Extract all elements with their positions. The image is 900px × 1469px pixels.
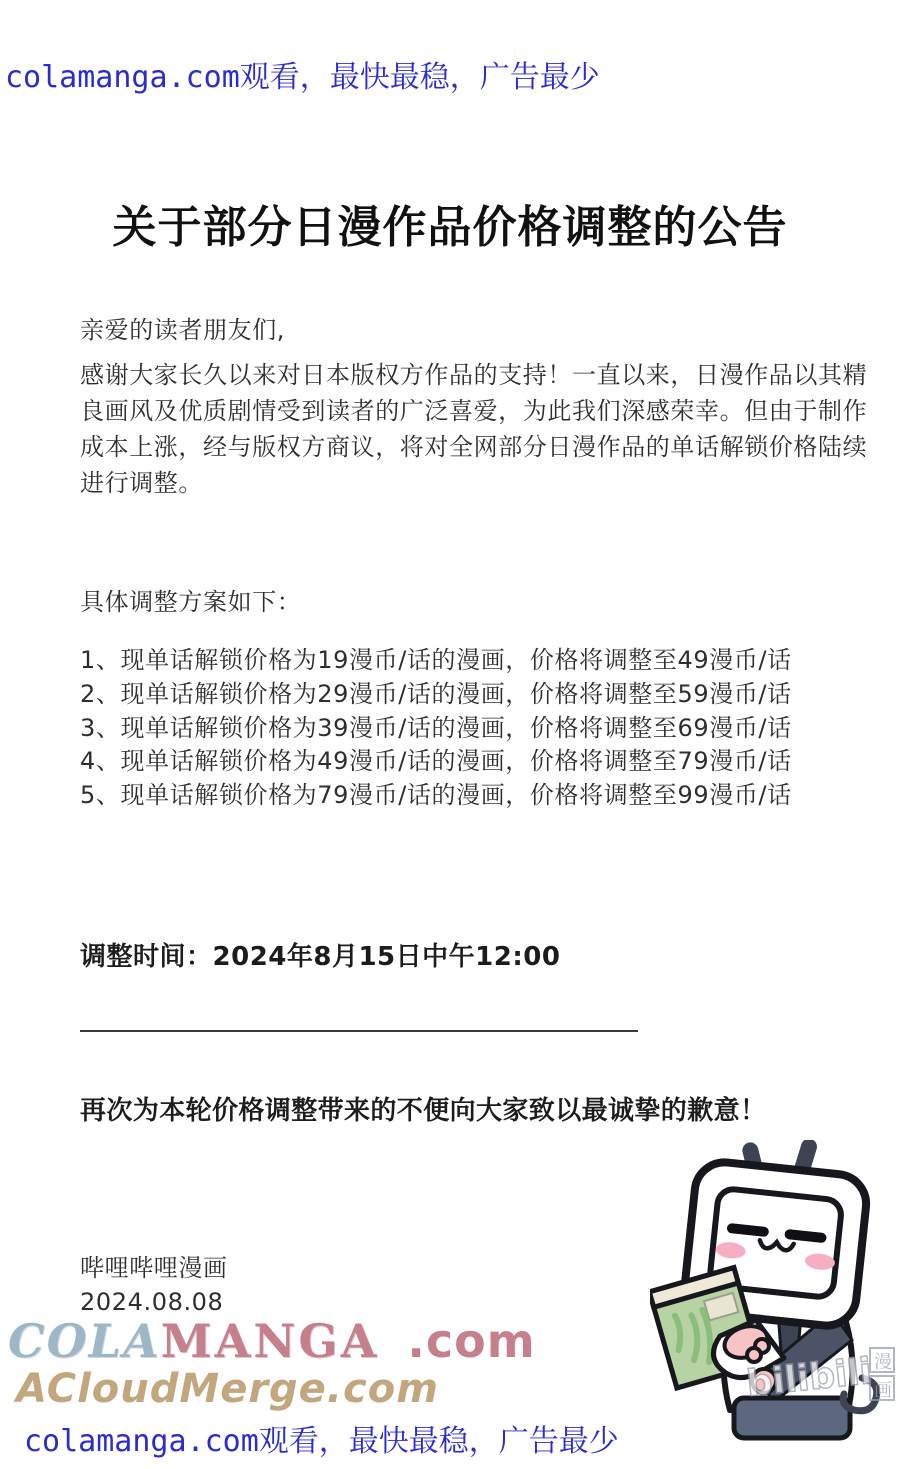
intro-line-4: 进行调整。 <box>80 465 867 501</box>
watermark-cjk-hua: 画 <box>874 1380 892 1401</box>
bottom-promo-text: colamanga.com观看，最快最稳，广告最少 <box>24 1416 619 1460</box>
schedule-line: 调整时间：2024年8月15日中午12:00 <box>80 936 560 973</box>
list-item: 3、现单话解锁价格为39漫币/话的漫画，价格将调整至69漫币/话 <box>80 712 792 746</box>
schedule-value: 2024年8月15日中午12:00 <box>213 942 561 972</box>
list-item: 5、现单话解锁价格为79漫币/话的漫画，价格将调整至99漫币/话 <box>80 779 792 813</box>
plan-heading: 具体调整方案如下： <box>80 582 301 617</box>
acloudmerge-watermark: ACloudMerge.com <box>16 1366 439 1412</box>
watermark-manga: MANGA <box>161 1314 380 1368</box>
list-item: 2、现单话解锁价格为29漫币/话的漫画，价格将调整至59漫币/话 <box>80 678 792 712</box>
watermark-dotcom: .com <box>407 1314 535 1368</box>
top-promo-text: colamanga.com观看，最快最稳，广告最少 <box>5 52 600 96</box>
signature-date: 2024.08.08 <box>80 1288 223 1316</box>
greeting-line: 亲爱的读者朋友们, <box>80 310 285 345</box>
watermark-cjk-man: 漫 <box>874 1352 892 1373</box>
schedule-label: 调整时间： <box>80 942 213 972</box>
intro-line-1: 感谢大家长久以来对日本版权方作品的支持！一直以来，日漫作品以其精 <box>80 357 867 393</box>
intro-paragraph: 感谢大家长久以来对日本版权方作品的支持！一直以来，日漫作品以其精 良画风及优质剧… <box>80 357 867 501</box>
horizontal-divider <box>80 1030 638 1032</box>
announcement-title: 关于部分日漫作品价格调整的公告 <box>0 191 900 255</box>
intro-line-2: 良画风及优质剧情受到读者的广泛喜爱，为此我们深感荣幸。但由于制作 <box>80 393 867 429</box>
list-item: 4、现单话解锁价格为49漫币/话的漫画，价格将调整至79漫币/话 <box>80 745 792 779</box>
signature-name: 哔哩哔哩漫画 <box>80 1248 228 1283</box>
watermark-cola: COLA <box>8 1314 161 1368</box>
bilibili-tv-mascot-illustration: bilibili 漫 画 <box>650 1140 900 1469</box>
price-adjustment-list: 1、现单话解锁价格为19漫币/话的漫画，价格将调整至49漫币/话 2、现单话解锁… <box>80 644 792 813</box>
apology-line: 再次为本轮价格调整带来的不便向大家致以最诚挚的歉意！ <box>80 1090 766 1127</box>
intro-line-3: 成本上涨，经与版权方商议，将对全网部分日漫作品的单话解锁价格陆续 <box>80 429 867 465</box>
colamanga-watermark: COLAMANGA.com <box>8 1316 536 1367</box>
list-item: 1、现单话解锁价格为19漫币/话的漫画，价格将调整至49漫币/话 <box>80 644 792 678</box>
